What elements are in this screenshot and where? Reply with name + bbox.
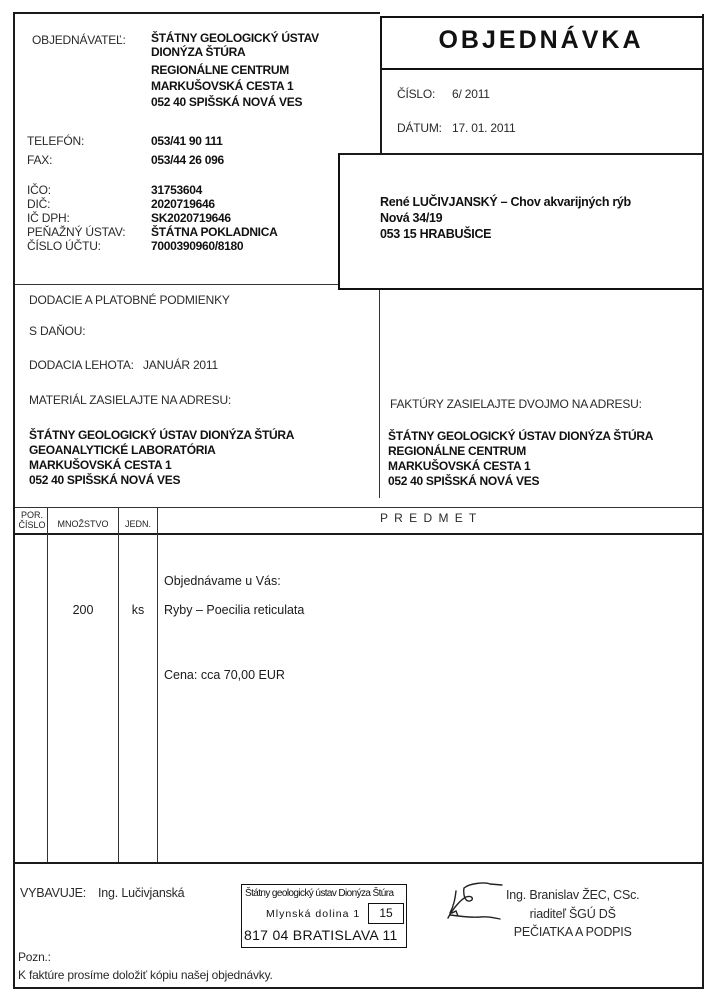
invoice-address-line: REGIONÁLNE CENTRUM bbox=[388, 444, 653, 459]
note-label: Pozn.: bbox=[18, 950, 51, 964]
stamp-line-2: Mlynská dolina 1 bbox=[266, 908, 360, 920]
material-address-line: GEOANALYTICKÉ LABORATÓRIA bbox=[29, 443, 294, 458]
material-address-line: ŠTÁTNY GEOLOGICKÝ ÚSTAV DIONÝZA ŠTÚRA bbox=[29, 428, 294, 443]
orderer-address: ŠTÁTNY GEOLOGICKÝ ÚSTAV DIONÝZA ŠTÚRA RE… bbox=[151, 31, 319, 110]
header-por: POR. bbox=[17, 510, 47, 520]
dic-label: DIČ: bbox=[27, 197, 125, 211]
orderer-line: MARKUŠOVSKÁ CESTA 1 bbox=[151, 78, 319, 94]
orderer-line: REGIONÁLNE CENTRUM bbox=[151, 62, 319, 78]
bank-label: PEŇAŽNÝ ÚSTAV: bbox=[27, 225, 125, 239]
company-id-values: 31753604 2020719646 SK2020719646 ŠTÁTNA … bbox=[151, 183, 277, 253]
signer-name: Ing. Branislav ŽEC, CSc. bbox=[506, 885, 639, 905]
header-por-cislo: POR. ČÍSLO bbox=[17, 510, 47, 530]
fax-value: 053/44 26 096 bbox=[151, 153, 224, 167]
ico-label: IČO: bbox=[27, 183, 125, 197]
delivery-value: JANUÁR 2011 bbox=[143, 358, 218, 372]
icdph-label: IČ DPH: bbox=[27, 211, 125, 225]
invoice-address-line: MARKUŠOVSKÁ CESTA 1 bbox=[388, 459, 653, 474]
date-value: 17. 01. 2011 bbox=[452, 121, 515, 135]
outer-border-right bbox=[702, 14, 704, 988]
signer-block: Ing. Branislav ŽEC, CSc. riaditeľ ŠGÚ DŠ… bbox=[506, 885, 639, 940]
document-title: OBJEDNÁVKA bbox=[380, 26, 702, 55]
material-address-line: 052 40 SPIŠSKÁ NOVÁ VES bbox=[29, 473, 294, 488]
material-label: MATERIÁL ZASIELAJTE NA ADRESU: bbox=[29, 393, 231, 407]
order-price: Cena: cca 70,00 EUR bbox=[164, 668, 285, 682]
stamp-line-3: 817 04 BRATISLAVA 11 bbox=[244, 927, 398, 943]
handler-label: VYBAVUJE: bbox=[20, 886, 86, 900]
icdph-value: SK2020719646 bbox=[151, 211, 277, 225]
invoice-address-line: ŠTÁTNY GEOLOGICKÝ ÚSTAV DIONÝZA ŠTÚRA bbox=[388, 429, 653, 444]
col-line-3 bbox=[157, 507, 158, 862]
account-label: ČÍSLO ÚČTU: bbox=[27, 239, 125, 253]
outer-border-top bbox=[13, 12, 380, 14]
supplier-address: René LUČIVJANSKÝ – Chov akvarijných rýb … bbox=[380, 194, 631, 242]
fax-label: FAX: bbox=[27, 153, 52, 167]
header-quantity: MNOŽSTVO bbox=[48, 519, 118, 529]
header-cislo: ČÍSLO bbox=[17, 520, 47, 530]
dic-value: 2020719646 bbox=[151, 197, 277, 211]
date-box-left bbox=[380, 66, 382, 154]
stamp-number: 15 bbox=[368, 906, 404, 920]
row-subject: Ryby – Poecilia reticulata bbox=[164, 603, 304, 617]
note-text: K faktúre prosíme doložiť kópiu našej ob… bbox=[18, 968, 273, 982]
col-line-2 bbox=[118, 507, 119, 862]
terms-heading: DODACIE A PLATOBNÉ PODMIENKY bbox=[29, 293, 230, 307]
company-id-labels: IČO: DIČ: IČ DPH: PEŇAŽNÝ ÚSTAV: ČÍSLO Ú… bbox=[27, 183, 125, 253]
number-value: 6/ 2011 bbox=[452, 87, 490, 101]
order-intro: Objednávame u Vás: bbox=[164, 574, 281, 588]
outer-border-bottom bbox=[13, 987, 704, 989]
table-bottom-line bbox=[15, 862, 702, 864]
office-stamp: Štátny geologický ústav Dionýza Štúra Ml… bbox=[241, 884, 407, 948]
stamp-line-1: Štátny geologický ústav Dionýza Štúra bbox=[245, 888, 393, 899]
outer-border-left bbox=[13, 12, 15, 988]
account-value: 7000390960/8180 bbox=[151, 239, 277, 253]
supplier-line: 053 15 HRABUŠICE bbox=[380, 226, 631, 242]
handler-value: Ing. Lučivjanská bbox=[98, 886, 184, 900]
date-label: DÁTUM: bbox=[397, 121, 442, 135]
orderer-line: 052 40 SPIŠSKÁ NOVÁ VES bbox=[151, 94, 319, 110]
material-address-line: MARKUŠOVSKÁ CESTA 1 bbox=[29, 458, 294, 473]
header-subject: P R E D M E T bbox=[380, 511, 478, 525]
phone-value: 053/41 90 111 bbox=[151, 134, 223, 148]
row-quantity: 200 bbox=[48, 603, 118, 617]
terms-divider bbox=[15, 284, 338, 285]
orderer-label: OBJEDNÁVATEĽ: bbox=[32, 33, 126, 47]
supplier-line: René LUČIVJANSKÝ – Chov akvarijných rýb bbox=[380, 194, 631, 210]
delivery-label: DODACIA LEHOTA: bbox=[29, 358, 134, 372]
signer-role: riaditeľ ŠGÚ DŠ bbox=[506, 905, 639, 924]
orderer-line: DIONÝZA ŠTÚRA bbox=[151, 45, 319, 59]
invoice-address-line: 052 40 SPIŠSKÁ NOVÁ VES bbox=[388, 474, 653, 489]
invoice-address: ŠTÁTNY GEOLOGICKÝ ÚSTAV DIONÝZA ŠTÚRA RE… bbox=[388, 429, 653, 489]
number-label: ČÍSLO: bbox=[397, 87, 435, 101]
supplier-line: Nová 34/19 bbox=[380, 210, 631, 226]
ico-value: 31753604 bbox=[151, 183, 277, 197]
orderer-line: ŠTÁTNY GEOLOGICKÝ ÚSTAV bbox=[151, 31, 319, 45]
bank-value: ŠTÁTNA POKLADNICA bbox=[151, 225, 277, 239]
terms-vertical-divider bbox=[379, 290, 380, 498]
material-address: ŠTÁTNY GEOLOGICKÝ ÚSTAV DIONÝZA ŠTÚRA GE… bbox=[29, 428, 294, 488]
phone-label: TELEFÓN: bbox=[27, 134, 84, 148]
signature-caption: PEČIATKA A PODPIS bbox=[506, 924, 639, 940]
col-line-1 bbox=[47, 507, 48, 862]
header-unit: JEDN. bbox=[119, 519, 157, 529]
row-unit: ks bbox=[119, 603, 157, 617]
tax-label: S DAŇOU: bbox=[29, 324, 85, 338]
invoice-label: FAKTÚRY ZASIELAJTE DVOJMO NA ADRESU: bbox=[390, 397, 642, 411]
